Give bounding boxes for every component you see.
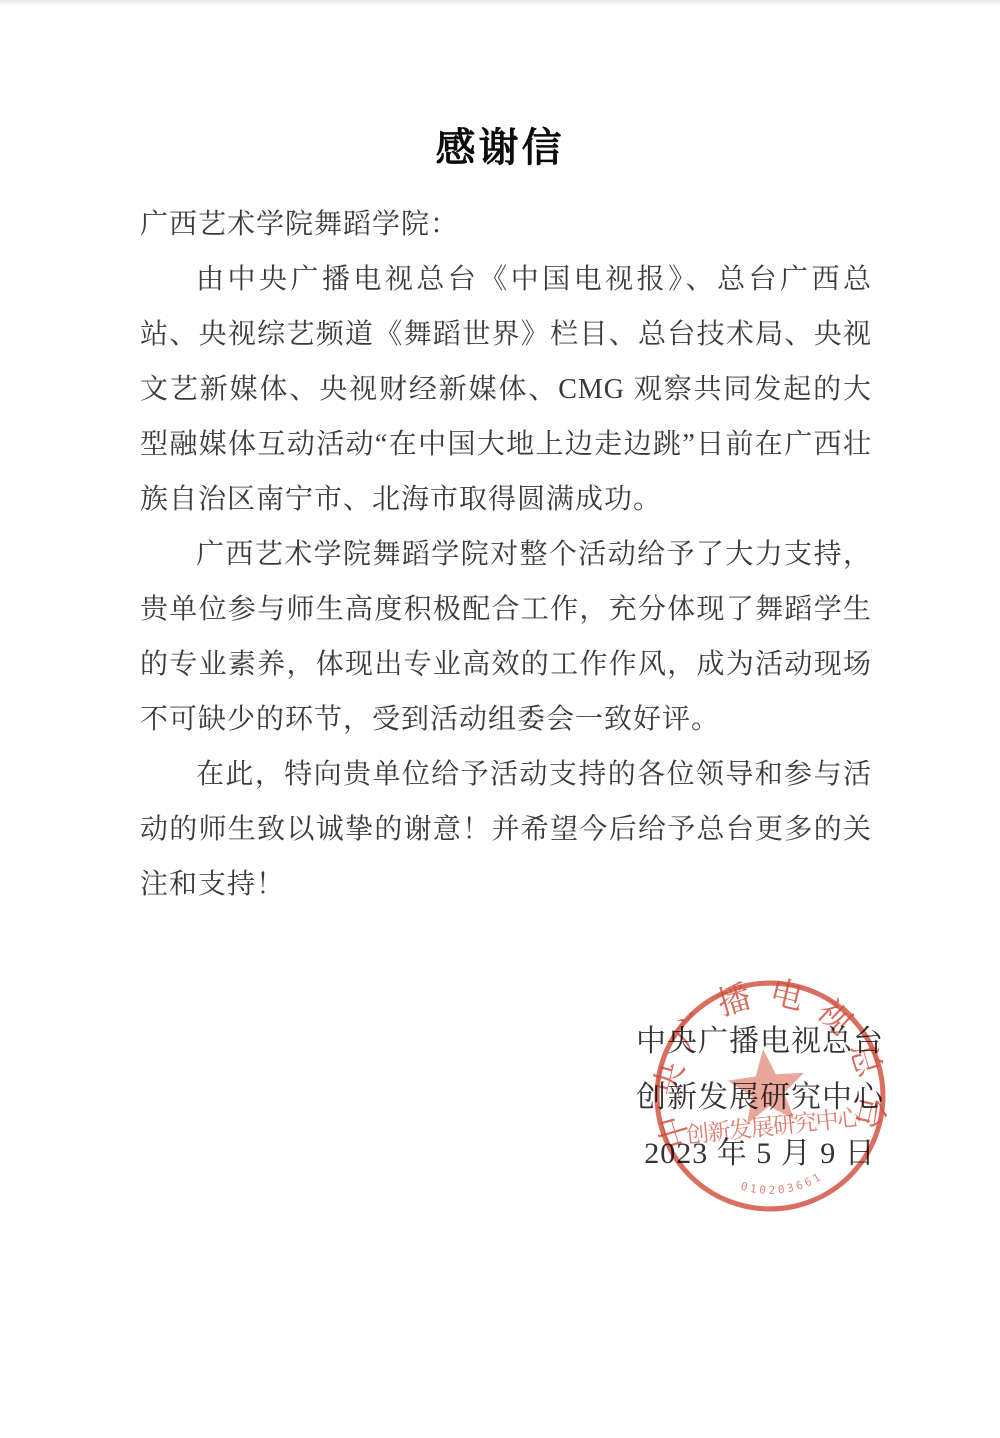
page-title: 感谢信 xyxy=(0,126,1000,170)
paragraph-3: 在此，特向贵单位给予活动支持的各位领导和参与活动的师生致以诚挚的谢意！并希望今后… xyxy=(140,747,872,912)
paragraph-1: 由中央广播电视总台《中国电视报》、总台广西总站、央视综艺频道《舞蹈世界》栏目、总… xyxy=(140,252,872,527)
letter-page: 感谢信 广西艺术学院舞蹈学院： 由中央广播电视总台《中国电视报》、总台广西总站、… xyxy=(0,0,1000,1438)
letter-body: 广西艺术学院舞蹈学院： 由中央广播电视总台《中国电视报》、总台广西总站、央视综艺… xyxy=(140,197,872,912)
paragraph-2: 广西艺术学院舞蹈学院对整个活动给予了大力支持，贵单位参与师生高度积极配合工作，充… xyxy=(140,527,872,747)
salutation: 广西艺术学院舞蹈学院： xyxy=(140,197,872,252)
scan-edge xyxy=(0,0,1000,5)
stamp-inner-text: 创新发展研究中心 xyxy=(685,1105,863,1149)
official-seal-stamp: 中央广播电视总台 创新发展研究中心 0102036612 xyxy=(648,975,892,1217)
